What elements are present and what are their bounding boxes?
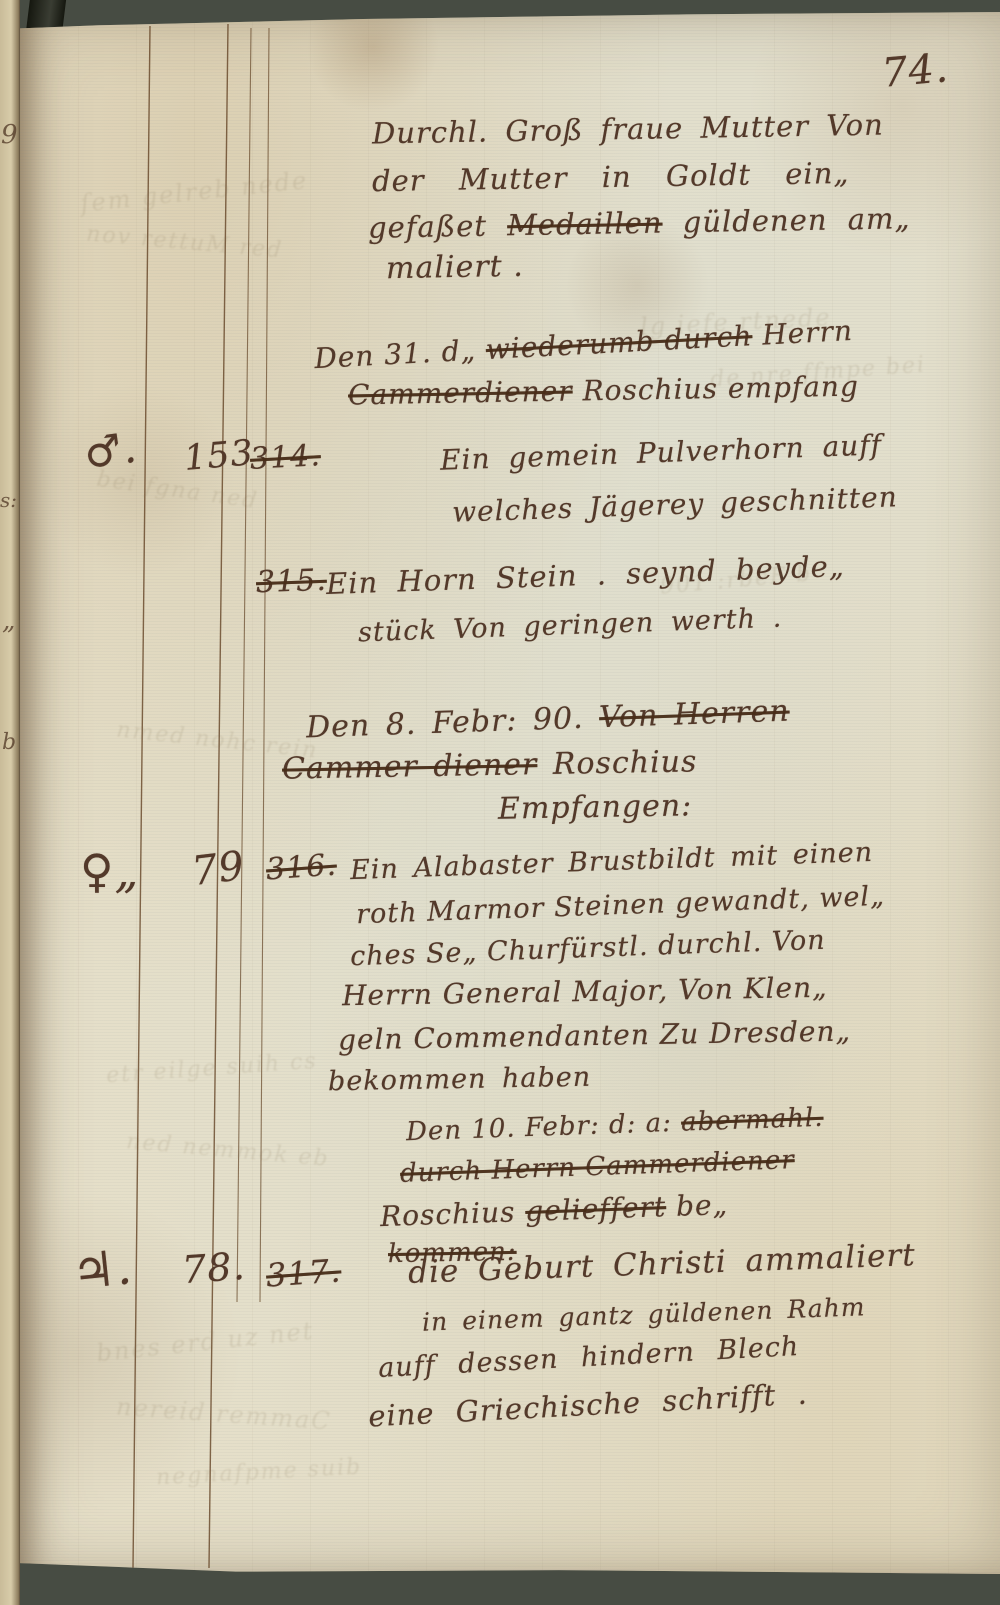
manuscript-line: Cammerdiener Roschius empfang [348,370,859,412]
struck-text: Cammerdiener [348,375,573,412]
manuscript-line: Den 31. d„ wiederumb durch Herrn [314,314,854,375]
bleedthrough-ghost: nereid remmaC [115,1393,332,1436]
scanned-manuscript-screenshot: { "colors":{"background":"#474c43","pape… [0,0,1000,1605]
struck-text: abermahl. [681,1103,824,1138]
text-segment: Roschius empfang [572,370,859,408]
manuscript-line: Empfangen: [498,788,693,826]
text-segment: nov rettuM red [85,221,284,263]
text-segment: be„ [666,1188,729,1223]
text-segment: 153 [182,433,255,479]
text-segment: nereid remmaC [115,1393,332,1436]
text-segment: stück Von geringen werth . [358,603,783,649]
manuscript-line: gefaßet Medaillen güldenen am„ [368,201,911,244]
text-segment: geln Commendanten Zu Dresden„ [338,1015,851,1057]
manuscript-line: auff dessen hindern Blech [377,1331,800,1384]
old-inventory-number: 316. [265,848,338,888]
bleedthrough-ghost: etr eilge suih cs [105,1049,318,1089]
text-segment: 78. [181,1244,247,1292]
manuscript-line: Durchl. Groß fraue Mutter Von [372,108,884,151]
text-segment: Herrn General Major, Von Klen„ [342,971,828,1012]
text-segment: welches Jägerey geschnitten [452,480,899,529]
text-segment: 74. [880,45,950,97]
text-segment: roth Marmor Steinen gewandt, wel„ [356,881,886,930]
struck-text: Cammer diener [282,747,538,786]
manuscript-line: Roschius gelieffert be„ [380,1188,729,1233]
manuscript-page: 74.Durchl. Groß fraue Mutter Vonder Mutt… [20,12,1000,1574]
manuscript-line: Herrn General Major, Von Klen„ [342,971,828,1012]
struck-text: 317. [265,1251,343,1294]
struck-text: Medaillen [507,206,663,243]
text-segment: auff dessen hindern Blech [377,1331,800,1384]
text-segment: gefaßet [368,208,508,244]
text-segment: ♂. [81,423,140,479]
text-segment: Den 31. d„ [314,333,487,375]
struck-text: gelieffert [525,1190,667,1228]
sliver-cutoff-mark: „ [2,606,15,636]
manuscript-line: durch Herrn Cammerdiener [400,1145,796,1189]
inventory-number: 153 [182,433,255,479]
manuscript-line: Ein Horn Stein . seynd beyde„ [326,549,846,601]
old-inventory-number: 317. [265,1251,343,1294]
manuscript-line: Den 10. Febr: d: a: abermahl. [406,1103,824,1148]
text-segment: ches Se„ Churfürstl. durchl. Von [350,925,826,973]
manuscript-line: stück Von geringen werth . [358,603,783,649]
inventory-number: 78. [181,1244,247,1292]
rule-line-4 [260,28,269,1302]
manuscript-line: geln Commendanten Zu Dresden„ [338,1015,851,1057]
manuscript-line: der Mutter in Goldt ein„ [372,156,850,198]
text-segment: ♃. [69,1239,135,1301]
text-segment: bekommen haben [328,1062,592,1098]
text-segment: maliert . [386,249,524,286]
weekday-symbol-jupiter: ♃. [69,1239,135,1301]
text-segment: 79 [189,843,247,895]
text-segment: Ein Horn Stein . seynd beyde„ [326,549,846,601]
text-segment: bnes erd uz net [95,1317,315,1368]
text-segment: ♀„ [80,844,139,898]
weekday-symbol-mars: ♂. [81,423,140,479]
manuscript-line: Ein Alabaster Brustbildt mit einen [350,837,874,886]
manuscript-line: bekommen haben [328,1062,592,1098]
text-segment: Roschius [537,744,698,782]
sliver-cutoff-mark: 9 [1,120,18,150]
old-inventory-number: 315. [255,563,327,600]
text-segment: negnafpme suib [155,1455,362,1491]
text-segment: Roschius [380,1195,526,1233]
underlying-page-edge: 9s:„b [0,0,20,1605]
text-segment: eine Griechische schrifft . [367,1377,808,1434]
manuscript-line: maliert . [386,249,524,286]
manuscript-line: welches Jägerey geschnitten [452,480,899,529]
rule-line-1 [133,26,150,1568]
struck-text: 315. [255,563,327,600]
struck-text: durch Herrn Cammerdiener [400,1145,796,1189]
text-segment: Empfangen: [498,788,693,826]
rule-line-2 [209,24,228,1568]
manuscript-line: eine Griechische schrifft . [367,1377,808,1434]
manuscript-line: roth Marmor Steinen gewandt, wel„ [356,881,886,930]
struck-text: 314. [249,438,322,477]
bleedthrough-ghost: bnes erd uz net [95,1317,315,1368]
rule-line-3 [237,28,251,1302]
text-segment: Den 8. Febr: 90. [306,700,600,745]
manuscript-line: Ein gemein Pulverhorn auff [440,428,883,476]
struck-text: wiederumb durch [485,319,753,366]
sliver-cutoff-mark: s: [0,488,17,512]
manuscript-line: in einem gantz güldenen Rahm [422,1292,866,1336]
text-segment: Den 10. Febr: d: a: [406,1108,682,1148]
old-inventory-number: 314. [249,438,322,477]
text-segment: ned nemmok eb [125,1129,330,1172]
bleedthrough-ghost: ſem gelreb nede [79,166,309,218]
text-segment: Durchl. Groß fraue Mutter Von [372,108,884,151]
struck-text: 316. [265,848,338,888]
weekday-symbol-venus: ♀„ [80,844,139,898]
text-segment: Ein gemein Pulverhorn auff [440,428,883,476]
text-segment: güldenen am„ [662,201,911,239]
manuscript-line: ches Se„ Churfürstl. durchl. Von [350,925,826,973]
text-segment: Herrn [751,314,853,352]
text-segment: ſem gelreb nede [79,166,309,218]
inventory-number: 79 [189,843,247,895]
text-segment: in einem gantz güldenen Rahm [422,1292,866,1336]
text-segment: Ein Alabaster Brustbildt mit einen [350,837,874,886]
text-segment: etr eilge suih cs [105,1049,318,1089]
bleedthrough-ghost: negnafpme suib [155,1455,362,1491]
manuscript-line: Den 8. Febr: 90. Von Herren [306,694,791,746]
bleedthrough-ghost: nov rettuM red [85,221,284,263]
page-number: 74. [880,45,950,97]
struck-text: Von Herren [599,694,791,736]
text-segment: der Mutter in Goldt ein„ [372,156,850,198]
sliver-cutoff-mark: b [2,730,16,755]
manuscript-line: Cammer diener Roschius [282,744,698,786]
bleedthrough-ghost: ned nemmok eb [125,1129,330,1172]
